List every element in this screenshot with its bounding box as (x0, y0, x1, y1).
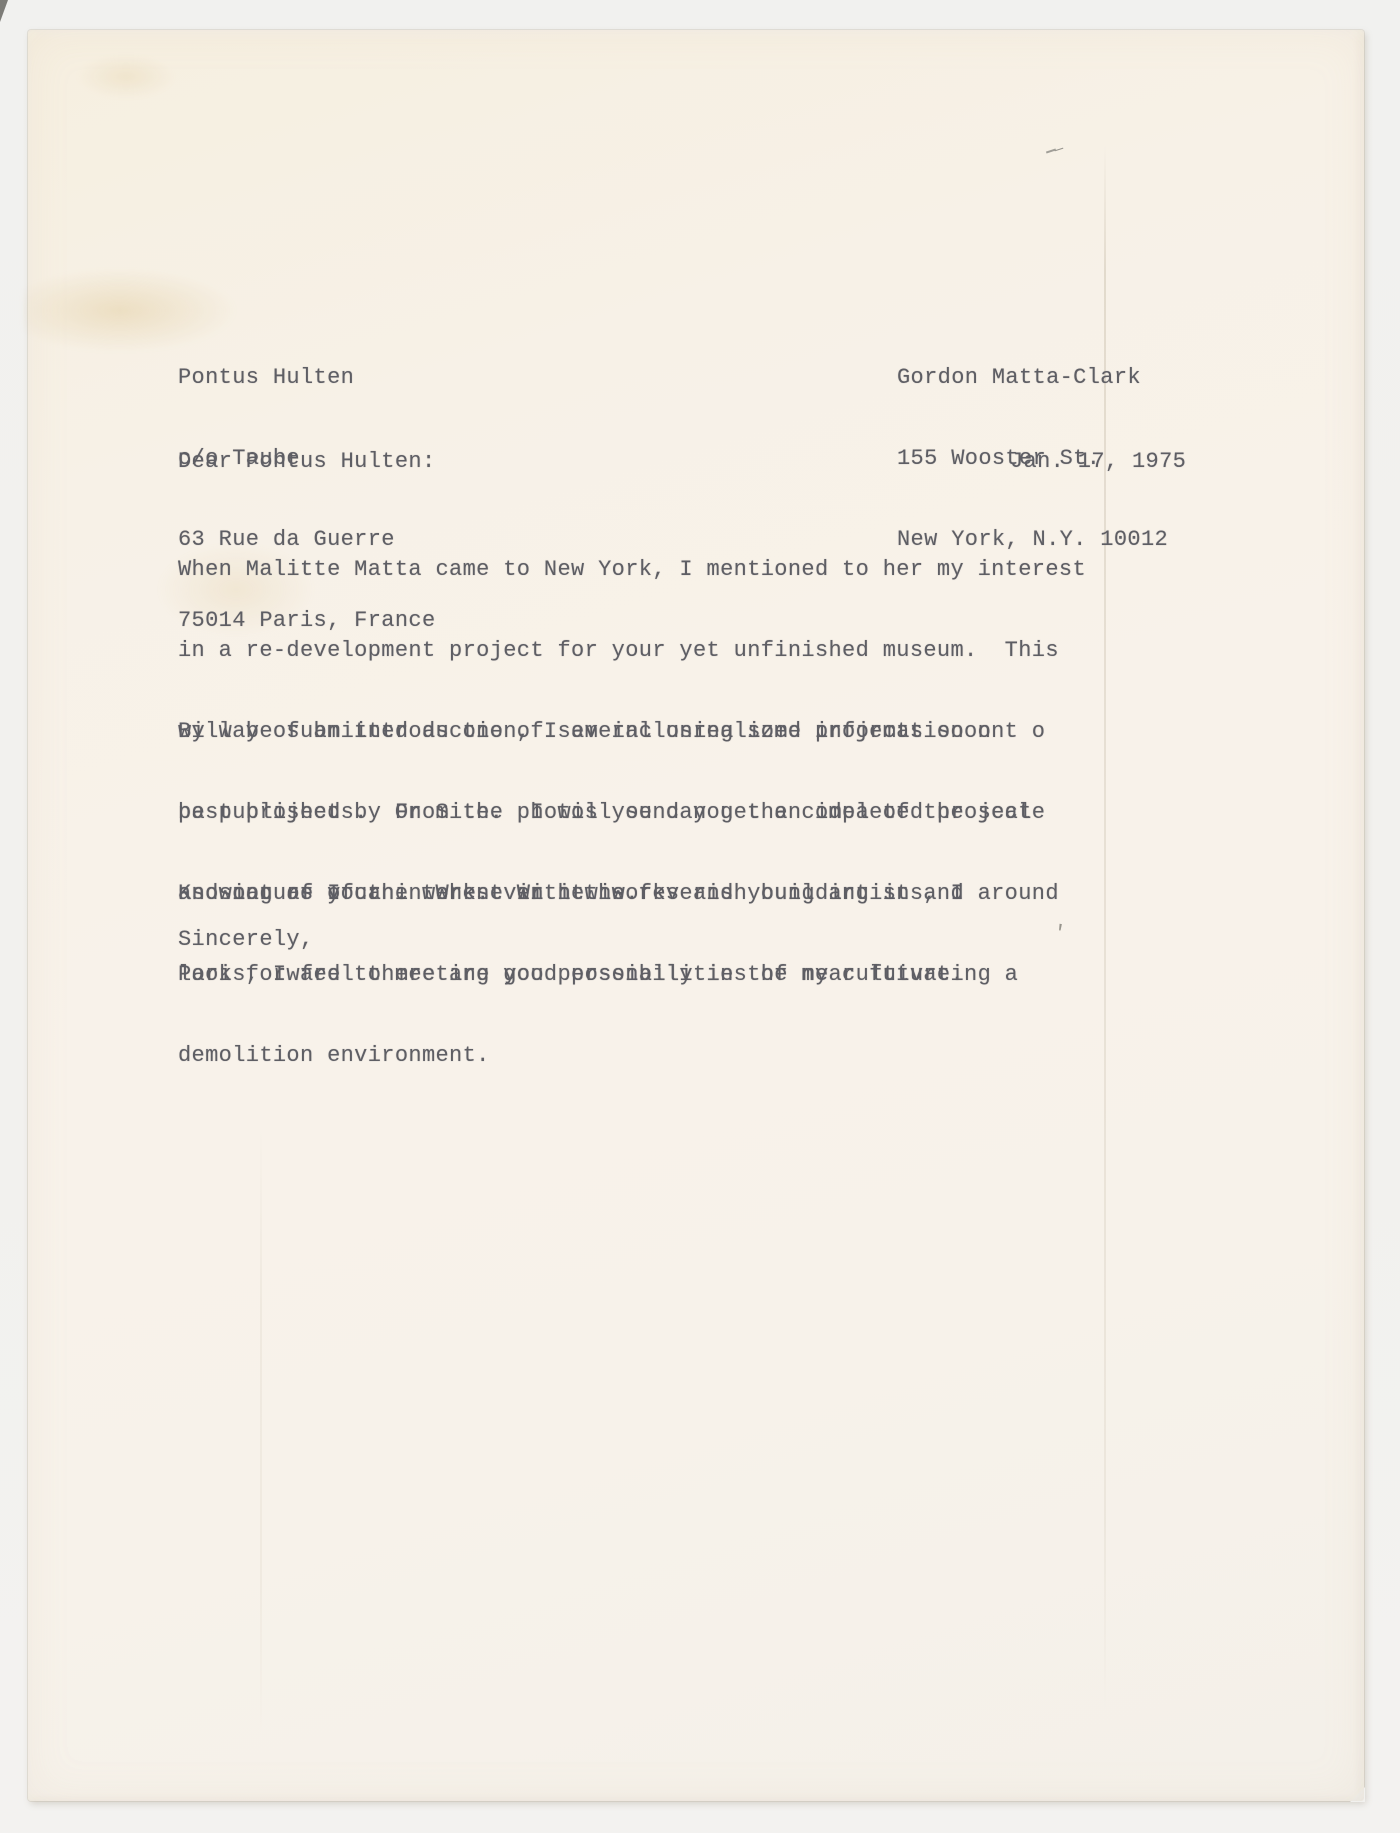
letter-page: ' Pontus Hulten c/o Taube 63 Rue da Guer… (28, 30, 1364, 1801)
sender-address-line: Gordon Matta-Clark (897, 364, 1168, 391)
paragraph-line: demolition environment. (178, 1042, 1059, 1069)
paragraph-line: When Malitte Matta came to New York, I m… (178, 556, 1086, 583)
paragraph-line: in a re-development project for your yet… (178, 637, 1086, 664)
scanner-edge-artifact (0, 0, 8, 22)
paragraph-line: past projects. From the photos you can g… (178, 799, 1059, 826)
recipient-address-line: Pontus Hulten (178, 364, 436, 391)
ink-smudge-artifact (1046, 149, 1056, 154)
closing: Sincerely, (178, 926, 314, 953)
scanned-letter-background: ' Pontus Hulten c/o Taube 63 Rue da Guer… (0, 0, 1400, 1833)
paper-crease (260, 1125, 262, 1735)
paragraph-line: look forward to meeting you personally i… (178, 961, 964, 988)
date: Jan. 17, 1975 (1010, 448, 1186, 475)
paper-stain (76, 54, 176, 99)
salutation: Dear Pontus Hulten: (178, 448, 436, 475)
paragraph-line: Knowing of your interest in new works an… (178, 880, 964, 907)
paper-corner-fold (1350, 1787, 1365, 1802)
paragraph-line: By way of an introduction, I am inclosin… (178, 718, 1059, 745)
